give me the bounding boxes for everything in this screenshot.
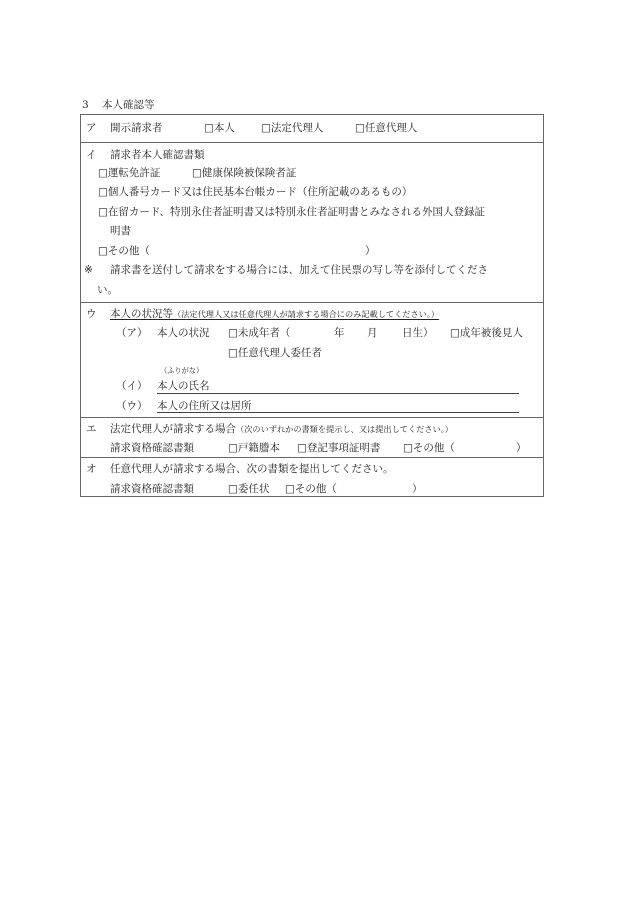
checkbox-mynumber-card[interactable]: □個人番号カード又は住民基本台帳カード（住所記載のあるもの） bbox=[98, 185, 412, 199]
mail-note-continued: い。 bbox=[97, 283, 118, 297]
id-docs-label: 請求者本人確認書類 bbox=[110, 148, 205, 162]
subject-name-label: 本人の氏名 bbox=[157, 379, 210, 393]
checkbox-other-id[interactable]: □その他（ bbox=[98, 244, 150, 258]
birth-day-label: 日生） bbox=[402, 326, 434, 340]
sub-i-marker: （イ） bbox=[116, 379, 148, 393]
note-mark: ※ bbox=[84, 263, 93, 277]
other-voluntary-close: ） bbox=[412, 482, 423, 496]
qualification-docs-label-2: 請求資格確認書類 bbox=[110, 482, 194, 496]
checkbox-other-voluntary[interactable]: □その他（ bbox=[285, 482, 337, 496]
row-i-marker: イ bbox=[86, 148, 97, 162]
mail-note: 請求書を送付して請求をする場合には、加えて住民票の写し等を添付してくださ bbox=[110, 263, 488, 277]
birth-month-label: 月 bbox=[367, 326, 378, 340]
section-number: 3 bbox=[82, 99, 89, 111]
row-e-marker: エ bbox=[86, 422, 97, 436]
subject-address-label: 本人の住所又は居所 bbox=[157, 399, 252, 413]
furigana-label: （ふりがな） bbox=[160, 366, 203, 376]
other-legal-close: ） bbox=[516, 441, 527, 455]
section-header: 3 本人確認等 bbox=[82, 97, 155, 112]
checkbox-drivers-license[interactable]: □運転免許証 bbox=[98, 166, 160, 180]
checkbox-family-register[interactable]: □戸籍謄本 bbox=[228, 441, 280, 455]
checkbox-delegator[interactable]: □任意代理人委任者 bbox=[228, 346, 322, 360]
row-divider bbox=[80, 417, 544, 418]
checkbox-legal-agent[interactable]: □法定代理人 bbox=[261, 121, 323, 135]
row-o-marker: オ bbox=[86, 462, 97, 476]
checkbox-adult-ward[interactable]: □成年被後見人 bbox=[450, 326, 523, 340]
section-title: 本人確認等 bbox=[102, 99, 155, 111]
checkbox-self[interactable]: □本人 bbox=[204, 121, 235, 135]
row-a-marker: ア bbox=[86, 121, 97, 135]
row-divider bbox=[80, 142, 544, 143]
voluntary-agent-label: 任意代理人が請求する場合、次の書類を提出してください。 bbox=[110, 462, 394, 476]
residence-card-continued: 明書 bbox=[110, 224, 131, 238]
birth-year-label: 年 bbox=[334, 326, 345, 340]
checkbox-other-legal[interactable]: □その他（ bbox=[403, 441, 455, 455]
sub-u-marker: （ウ） bbox=[116, 399, 148, 413]
subject-status-note: （法定代理人又は任意代理人が請求する場合にのみ記載してください。） bbox=[173, 309, 439, 319]
row-divider bbox=[80, 457, 544, 458]
checkbox-minor[interactable]: □未成年者（ bbox=[228, 326, 290, 340]
sub-a-marker: （ア） bbox=[116, 326, 148, 340]
subject-name-field[interactable] bbox=[157, 393, 519, 394]
qualification-docs-label: 請求資格確認書類 bbox=[110, 441, 194, 455]
requester-label: 開示請求者 bbox=[110, 121, 163, 135]
subject-condition-label: 本人の状況 bbox=[157, 326, 210, 340]
checkbox-registry-certificate[interactable]: □登記事項証明書 bbox=[297, 441, 380, 455]
checkbox-health-insurance[interactable]: □健康保険被保険者証 bbox=[192, 166, 296, 180]
checkbox-voluntary-agent[interactable]: □任意代理人 bbox=[355, 121, 417, 135]
checkbox-residence-card[interactable]: □在留カード、特別永住者証明書又は特別永住者証明書とみなされる外国人登録証 bbox=[98, 205, 485, 219]
subject-address-field[interactable] bbox=[157, 412, 519, 413]
checkbox-power-of-attorney[interactable]: □委任状 bbox=[228, 482, 269, 496]
legal-agent-note: （次のいずれかの書類を提示し、又は提出してください。） bbox=[236, 424, 453, 434]
row-divider bbox=[80, 302, 544, 303]
other-id-close: ） bbox=[365, 244, 376, 258]
row-u-marker: ウ bbox=[86, 307, 97, 321]
legal-agent-label: 法定代理人が請求する場合（次のいずれかの書類を提示し、又は提出してください。） bbox=[110, 422, 453, 436]
subject-status-label: 本人の状況等（法定代理人又は任意代理人が請求する場合にのみ記載してください。） bbox=[110, 307, 439, 321]
